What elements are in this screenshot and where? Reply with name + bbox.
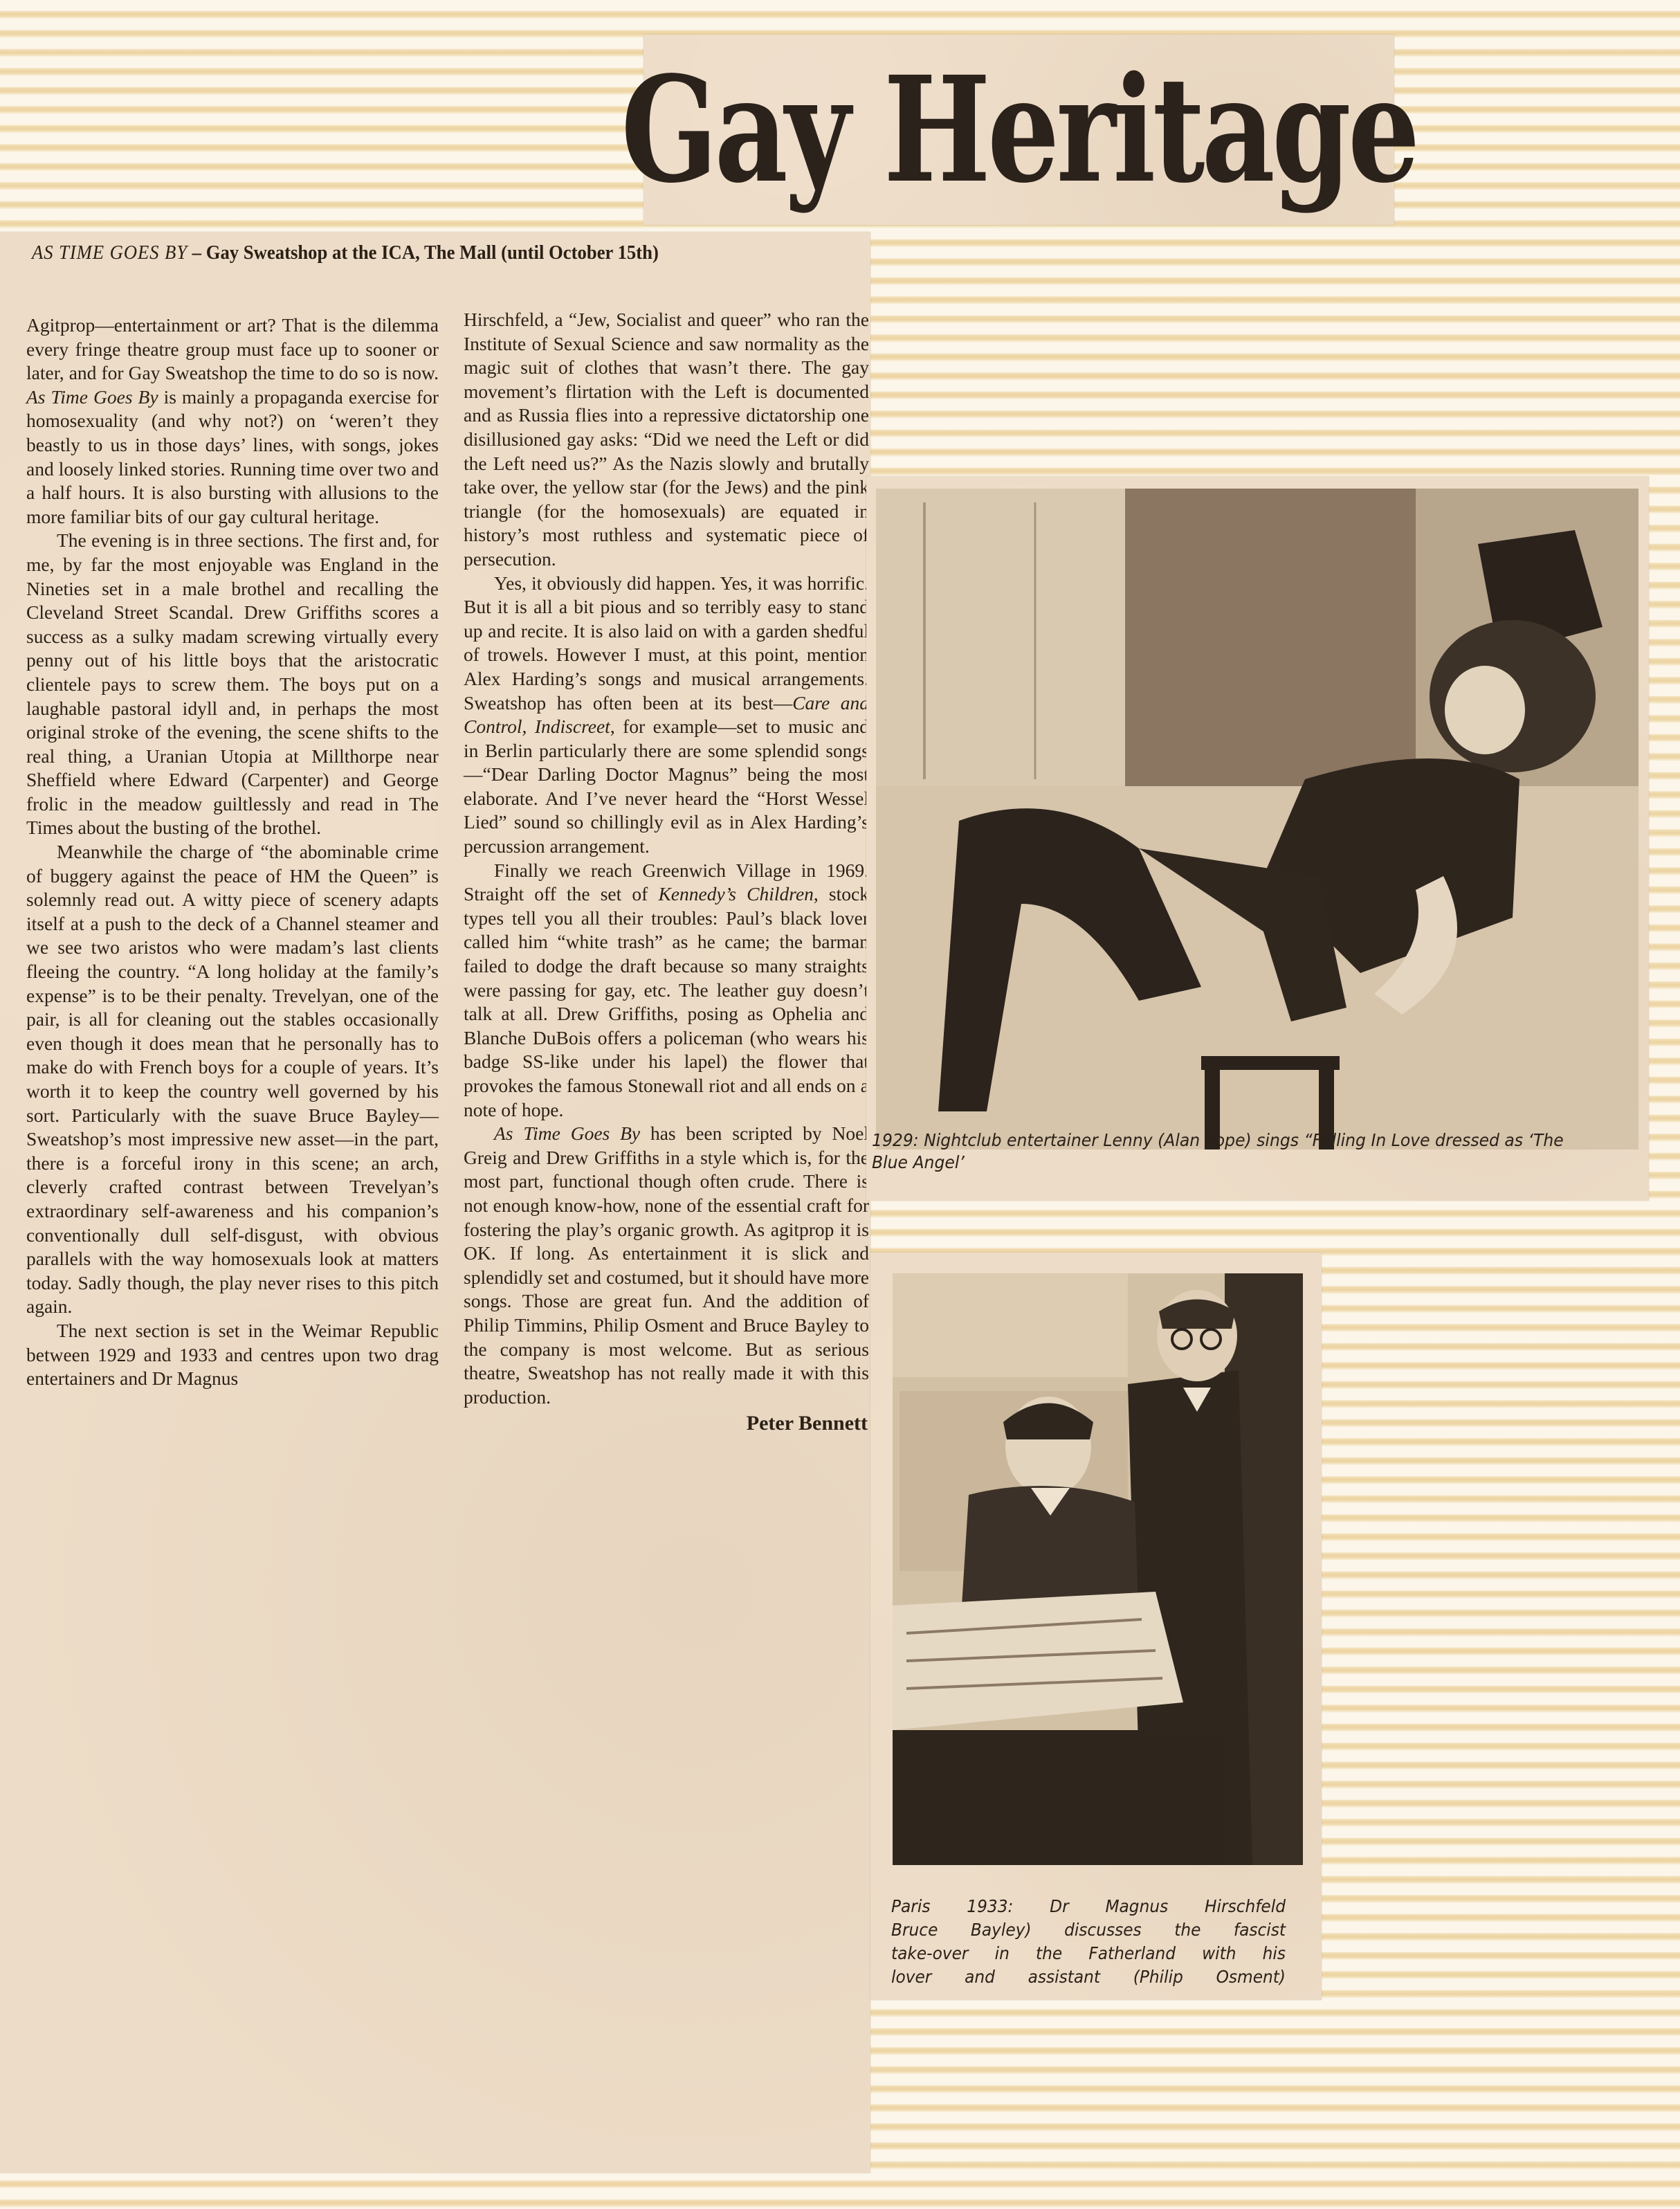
photo-halftone-image — [893, 1273, 1303, 1865]
article-column-1: Agitprop—entertainment or art? That is t… — [26, 313, 439, 1391]
article-clipping: AS TIME GOES BY – Gay Sweatshop at the I… — [0, 232, 870, 2173]
play-title: As Time Goes By — [494, 1122, 640, 1144]
photo-clipping-1929: 1929: Nightclub entertainer Lenny (Alan … — [866, 476, 1649, 1201]
paragraph-hirschfeld: Hirschfeld, a “Jew, Socialist and queer”… — [464, 308, 869, 572]
photo-caption-1933: Paris 1933: Dr Magnus Hirschfeld Bruce B… — [891, 1895, 1286, 1989]
paragraph-text: Agitprop—entertainment or art? That is t… — [26, 314, 439, 383]
paragraph-text: has been scripted by Noel Greig and Drew… — [464, 1122, 869, 1408]
caption-line: Paris 1933: Dr Magnus Hirschfeld — [891, 1895, 1286, 1918]
play-title: As Time Goes By — [26, 386, 158, 408]
caption-line: lover and assistant (Philip Osment) — [891, 1965, 1286, 1989]
paragraph-greenwich: Finally we reach Greenwich Village in 19… — [464, 859, 869, 1122]
article-headline: AS TIME GOES BY – Gay Sweatshop at the I… — [32, 242, 789, 264]
masthead-title: Gay Heritage — [726, 35, 1311, 225]
photo-nightclub-entertainer — [876, 489, 1638, 1149]
paragraph-next-section: The next section is set in the Weimar Re… — [26, 1319, 439, 1391]
photo-halftone-image — [876, 489, 1638, 1149]
paragraph-meanwhile: Meanwhile the charge of “the abominable … — [26, 840, 439, 1319]
headline-show-title: AS TIME GOES BY — [32, 242, 188, 264]
masthead-clipping: Gay Heritage — [643, 35, 1394, 225]
paragraph-intro: Agitprop—entertainment or art? That is t… — [26, 313, 439, 529]
paragraph-text: , stock types tell you all their trouble… — [464, 883, 869, 1120]
play-title: Kennedy’s Children — [658, 883, 813, 904]
photo-clipping-1933: Paris 1933: Dr Magnus Hirschfeld Bruce B… — [870, 1253, 1322, 2000]
paragraph-yes-it-happened: Yes, it obviously did happen. Yes, it wa… — [464, 572, 869, 859]
byline: Peter Bennett — [464, 1412, 869, 1436]
photo-hirschfeld-scene — [893, 1273, 1303, 1865]
caption-line: Bruce Bayley) discusses the fascist — [891, 1918, 1286, 1942]
paragraph-conclusion: As Time Goes By has been scripted by Noe… — [464, 1122, 869, 1409]
headline-venue: – Gay Sweatshop at the ICA, The Mall (un… — [188, 242, 659, 264]
caption-line: take-over in the Fatherland with his — [891, 1942, 1286, 1965]
photo-caption-1929: 1929: Nightclub entertainer Lenny (Alan … — [872, 1129, 1594, 1174]
article-column-2: Hirschfeld, a “Jew, Socialist and queer”… — [464, 308, 869, 1436]
paragraph-sections: The evening is in three sections. The fi… — [26, 529, 439, 840]
